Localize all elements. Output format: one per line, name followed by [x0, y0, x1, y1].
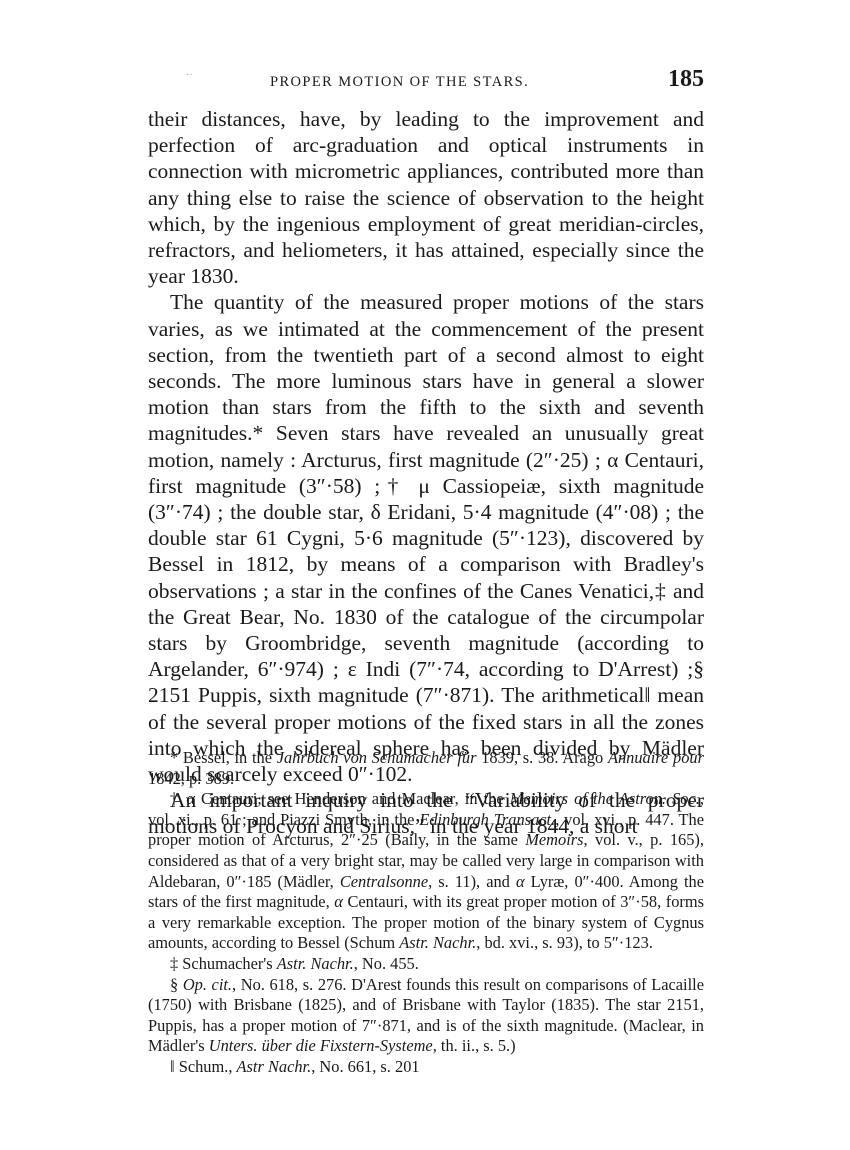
footnote-section: § Op. cit., No. 618, s. 276. D'Arest fou… [148, 975, 704, 1057]
footnote-star: * Bessel, in the Jahrbuch von Schumacher… [148, 748, 704, 789]
footnote-parallel: ‖ Schum., Astr Nachr., No. 661, s. 201 [148, 1057, 704, 1078]
main-text: their distances, have, by leading to the… [148, 106, 704, 840]
running-header: ·· PROPER MOTION OF THE STARS. 185 [148, 66, 704, 96]
header-mark: ·· [186, 70, 193, 81]
footnote-double-dagger: ‡ Schumacher's Astr. Nachr., No. 455. [148, 954, 704, 975]
footnotes: * Bessel, in the Jahrbuch von Schumacher… [148, 748, 704, 1078]
paragraph-2: The quantity of the measured proper moti… [148, 289, 704, 787]
page-number: 185 [668, 66, 704, 93]
footnote-dagger: † α Centauri, see Henderson and Maclear,… [148, 789, 704, 954]
running-title: PROPER MOTION OF THE STARS. [270, 74, 529, 91]
paragraph-1: their distances, have, by leading to the… [148, 106, 704, 289]
